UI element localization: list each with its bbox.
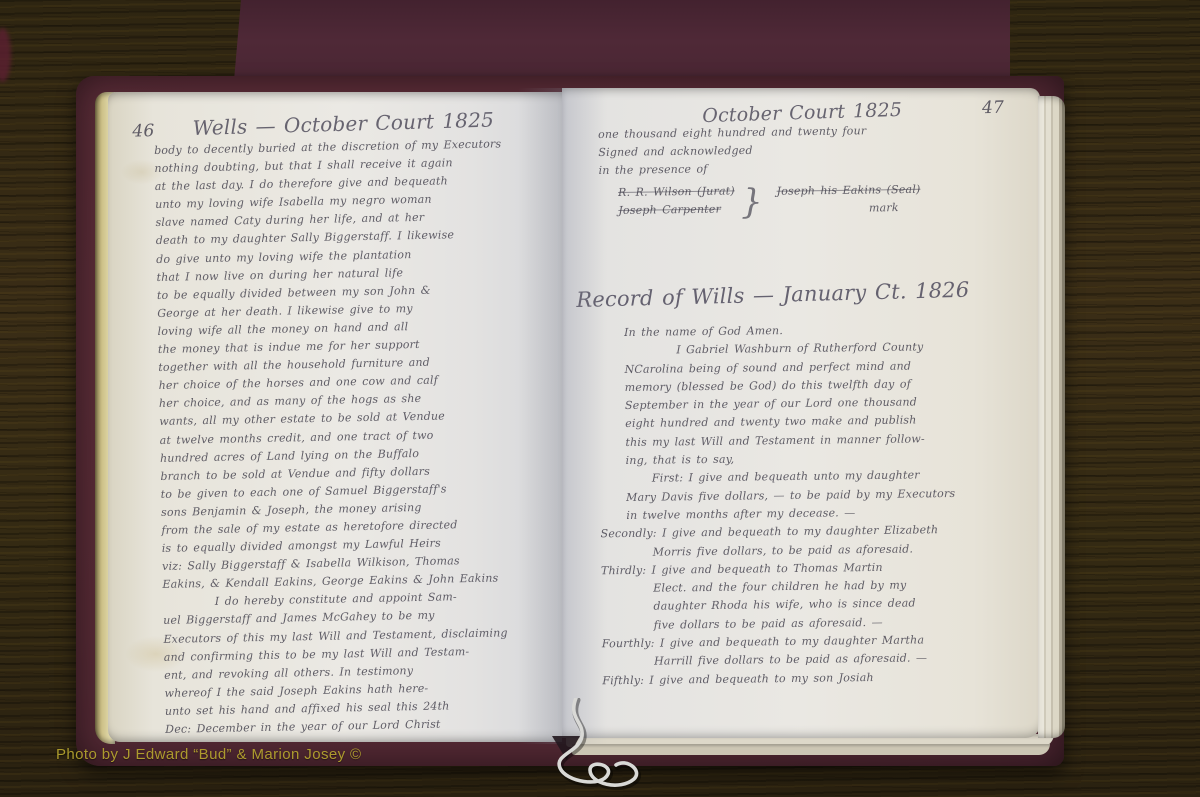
manuscript-line: Fifthly: I give and bequeath to my son J…: [602, 669, 1044, 693]
witness-signature-block: R. R. Wilson (Jurat)Joseph Carpenter } J…: [618, 178, 1041, 224]
right-page-number: 47: [982, 98, 1005, 119]
left-page-header: 46 Wells — October Court 1825: [107, 86, 562, 143]
photo-scene: 46 Wells — October Court 1825 body to de…: [0, 0, 1200, 797]
photo-credit-watermark: Photo by J Edward “Bud” & Marion Josey ©: [56, 746, 362, 763]
witness-signature: R. R. Wilson (Jurat): [618, 185, 735, 205]
witness-brace: }: [741, 182, 763, 222]
left-page: 46 Wells — October Court 1825 body to de…: [108, 92, 562, 742]
red-object-edge: [0, 28, 11, 82]
witness-signature: Joseph Carpenter: [618, 203, 735, 223]
witness-names-left: R. R. Wilson (Jurat)Joseph Carpenter: [618, 185, 735, 223]
witness-signature: Joseph his Eakins (Seal): [777, 183, 921, 203]
witness-signature: mark: [847, 201, 921, 218]
page-edge-stack: [1038, 96, 1065, 738]
right-page: October Court 1825 47 one thousand eight…: [562, 88, 1040, 738]
bookmark-string: [546, 698, 696, 797]
right-page-body: In the name of God Amen.I Gabriel Washbu…: [624, 321, 1044, 692]
testator-signature: Joseph his Eakins (Seal)mark: [777, 183, 921, 219]
record-of-wills-heading: Record of Wills — January Ct. 1826: [576, 276, 1040, 312]
left-page-body: body to decently buried at the discretio…: [154, 136, 573, 741]
attestation-lines: one thousand eight hundred and twenty fo…: [598, 122, 1041, 182]
left-page-number: 46: [132, 121, 155, 142]
left-page-heading: Wells — October Court 1825: [154, 107, 532, 142]
string-curl: [546, 698, 696, 797]
